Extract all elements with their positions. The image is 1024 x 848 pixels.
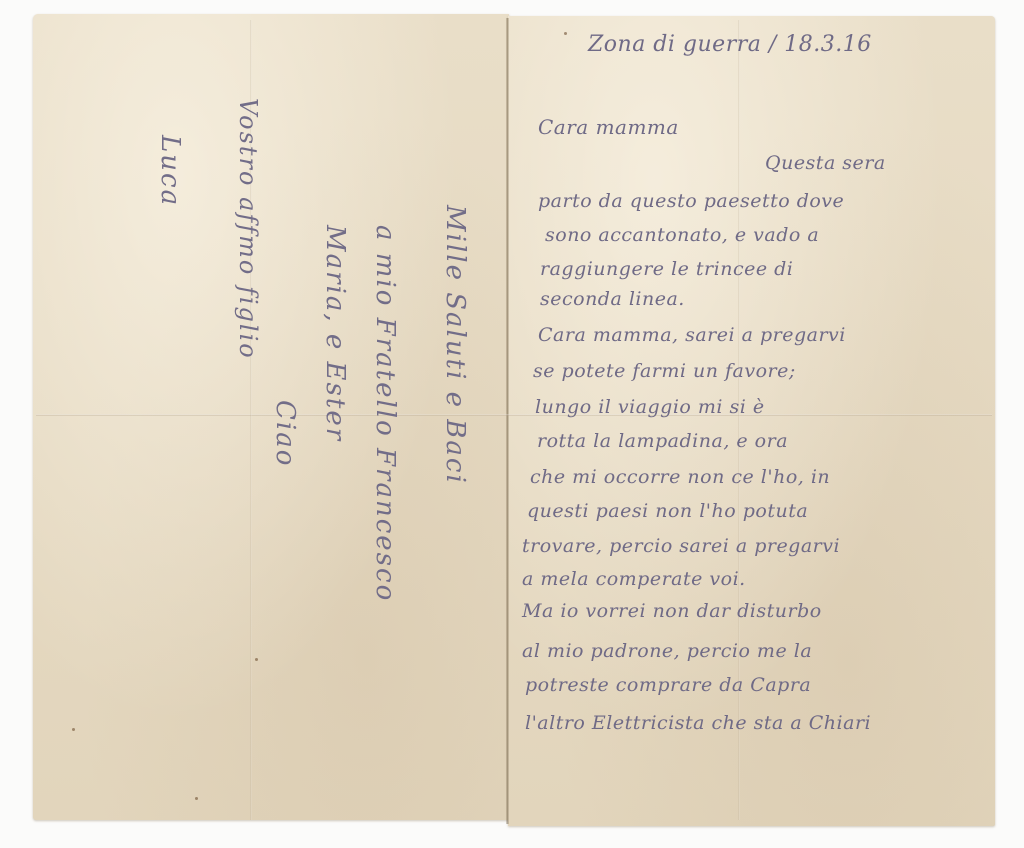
closing-line: Vostro affmo figlio bbox=[234, 98, 262, 360]
closing-line: a mio Fratello Francesco bbox=[370, 225, 400, 602]
letter-line: parto da questo paesetto dove bbox=[538, 190, 844, 212]
signature: Luca bbox=[155, 135, 185, 207]
letter-line: Ma io vorrei non dar disturbo bbox=[522, 600, 822, 622]
letter-line: rotta la lampadina, e ora bbox=[537, 430, 788, 452]
letter-line: trovare, percio sarei a pregarvi bbox=[522, 535, 840, 557]
letter-line: sono accantonato, e vado a bbox=[545, 224, 819, 246]
letter-line: Cara mamma, sarei a pregarvi bbox=[538, 324, 846, 346]
page-seam bbox=[506, 18, 509, 824]
letter-line: potreste comprare da Capra bbox=[525, 674, 811, 696]
letter-line: Questa sera bbox=[765, 152, 886, 174]
letter-line: questi paesi non l'ho potuta bbox=[527, 500, 808, 522]
closing-line: Ciao bbox=[270, 400, 300, 467]
letter-line: se potete farmi un favore; bbox=[533, 360, 796, 382]
letter-line: l'altro Elettricista che sta a Chiari bbox=[525, 712, 871, 734]
letter-dateline: Zona di guerra / 18.3.16 bbox=[588, 32, 872, 57]
paper-stain bbox=[255, 658, 258, 661]
paper-stain bbox=[72, 728, 75, 731]
vertical-fold-crease-right bbox=[738, 20, 740, 820]
paper-stain bbox=[564, 32, 567, 35]
letter-salutation: Cara mamma bbox=[538, 115, 679, 139]
letter-line: seconda linea. bbox=[540, 288, 685, 310]
closing-line: Mille Saluti e Baci bbox=[440, 205, 470, 485]
letter-line: al mio padrone, percio me la bbox=[522, 640, 812, 662]
letter-line: a mela comperate voi. bbox=[522, 568, 746, 590]
letter-line: raggiungere le trincee di bbox=[540, 258, 793, 280]
letter-line: che mi occorre non ce l'ho, in bbox=[530, 466, 830, 488]
horizontal-fold-crease bbox=[36, 414, 992, 416]
paper-stain bbox=[195, 797, 198, 800]
letter-line: lungo il viaggio mi si è bbox=[535, 396, 765, 418]
closing-line: Maria, e Ester bbox=[320, 225, 350, 442]
